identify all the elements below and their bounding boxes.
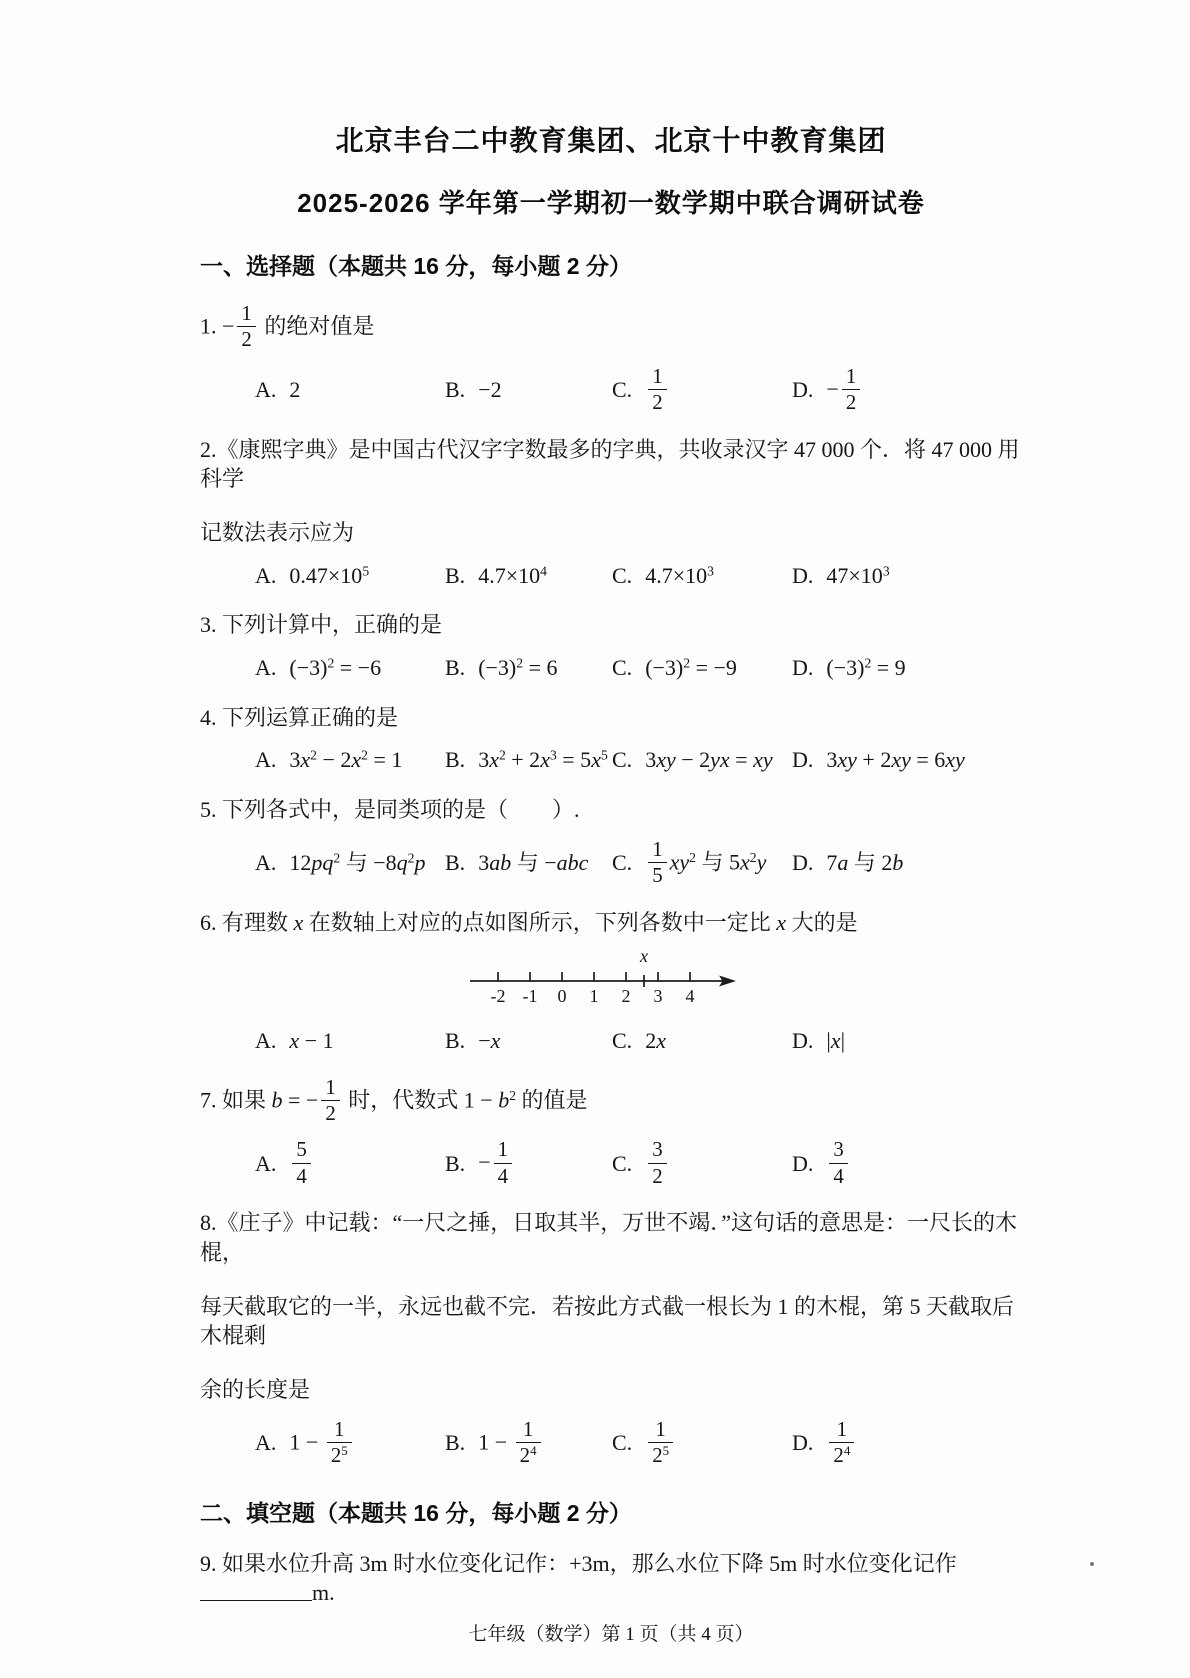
svg-text:-1: -1 <box>523 986 538 1005</box>
svg-text:1: 1 <box>590 986 599 1005</box>
question-4-stem: 4. 下列运算正确的是 <box>200 703 1022 733</box>
question-9: 9. 如果水位升高 3m 时水位变化记作：+3m，那么水位下降 5m 时水位变化… <box>200 1549 1022 1608</box>
svg-text:2: 2 <box>622 986 631 1005</box>
question-3-option-b: B.(−3)2 = 6 <box>445 653 612 683</box>
question-6-option-b: B.−x <box>445 1026 612 1056</box>
question-5-option-d: D.7a 与 2b <box>792 848 1022 878</box>
question-4-option-b: B.3x2 + 2x3 = 5x5 <box>445 745 612 775</box>
question-4-options: A.3x2 − 2x2 = 1 B.3x2 + 2x3 = 5x5 C.3xy … <box>255 745 1022 775</box>
question-1-option-a: A.2 <box>255 375 445 405</box>
question-8-option-c: C.125 <box>612 1418 792 1468</box>
question-7-stem: 7. 如果 b = −12 时，代数式 1 − b2 的值是 <box>200 1076 1022 1126</box>
question-4-option-a: A.3x2 − 2x2 = 1 <box>255 745 445 775</box>
question-2-stem-line2: 记数法表示应为 <box>200 518 1022 548</box>
question-8-option-a: A.1 − 125 <box>255 1418 445 1468</box>
question-6-option-c: C.2x <box>612 1026 792 1056</box>
question-2: 2.《康熙字典》是中国古代汉字字数最多的字典，共收录汉字 47 000 个．将 … <box>200 435 1022 591</box>
page-footer: 七年级（数学）第 1 页（共 4 页） <box>200 1622 1022 1648</box>
question-3-option-a: A.(−3)2 = −6 <box>255 653 445 683</box>
question-9-stem: 9. 如果水位升高 3m 时水位变化记作：+3m，那么水位下降 5m 时水位变化… <box>200 1549 1022 1608</box>
svg-text:-2: -2 <box>491 986 506 1005</box>
question-1-stem: 1. −12 的绝对值是 <box>200 302 1022 352</box>
question-6-option-a: A.x − 1 <box>255 1026 445 1056</box>
number-line-ticks <box>498 972 690 987</box>
question-5-option-c: C.15xy2 与 5x2y <box>612 838 792 888</box>
question-8: 8.《庄子》中记载：“一尺之捶，日取其半，万世不竭．”这句话的意思是：一尺长的木… <box>200 1208 1022 1467</box>
question-3-option-d: D.(−3)2 = 9 <box>792 653 1022 683</box>
svg-text:3: 3 <box>654 986 663 1005</box>
question-3: 3. 下列计算中，正确的是 A.(−3)2 = −6 B.(−3)2 = 6 C… <box>200 610 1022 682</box>
question-4-option-c: C.3xy − 2yx = xy <box>612 745 792 775</box>
question-8-stem-line3: 余的长度是 <box>200 1375 1022 1405</box>
question-8-option-d: D.124 <box>792 1418 1022 1468</box>
question-3-option-c: C.(−3)2 = −9 <box>612 653 792 683</box>
question-1-options: A.2 B.−2 C.12 D.−12 <box>255 365 1022 415</box>
question-1-option-c: C.12 <box>612 365 792 415</box>
question-3-options: A.(−3)2 = −6 B.(−3)2 = 6 C.(−3)2 = −9 D.… <box>255 653 1022 683</box>
question-2-options: A.0.47×105 B.4.7×104 C.4.7×103 D.47×103 <box>255 561 1022 591</box>
question-6-options: A.x − 1 B.−x C.2x D.|x| <box>255 1026 1022 1056</box>
question-5-option-b: B.3ab 与 −abc <box>445 848 612 878</box>
point-x-label: x <box>639 947 648 966</box>
question-7-option-c: C.32 <box>612 1138 792 1188</box>
question-5-option-a: A.12pq2 与 −8q2p <box>255 848 445 878</box>
question-5-stem: 5. 下列各式中，是同类项的是（ ）. <box>200 795 1022 825</box>
question-2-option-b: B.4.7×104 <box>445 561 612 591</box>
question-4-option-d: D.3xy + 2xy = 6xy <box>792 745 1022 775</box>
question-1: 1. −12 的绝对值是 A.2 B.−2 C.12 D.−12 <box>200 302 1022 415</box>
question-2-stem-line1: 2.《康熙字典》是中国古代汉字字数最多的字典，共收录汉字 47 000 个．将 … <box>200 435 1022 494</box>
question-7: 7. 如果 b = −12 时，代数式 1 − b2 的值是 A.54 B.−1… <box>200 1076 1022 1189</box>
question-4: 4. 下列运算正确的是 A.3x2 − 2x2 = 1 B.3x2 + 2x3 … <box>200 703 1022 775</box>
question-1-option-d: D.−12 <box>792 365 1022 415</box>
section-choice-heading: 一、选择题（本题共 16 分，每小题 2 分） <box>200 251 1022 282</box>
question-6-stem: 6. 有理数 x 在数轴上对应的点如图所示，下列各数中一定比 x 大的是 <box>200 908 1022 938</box>
question-5: 5. 下列各式中，是同类项的是（ ）. A.12pq2 与 −8q2p B.3a… <box>200 795 1022 888</box>
page-title: 北京丰台二中教育集团、北京十中教育集团 <box>200 122 1022 160</box>
exam-subtitle: 2025-2026 学年第一学期初一数学期中联合调研试卷 <box>200 186 1022 221</box>
scan-artifact-dot <box>1090 1562 1094 1566</box>
question-8-options: A.1 − 125 B.1 − 124 C.125 D.124 <box>255 1418 1022 1468</box>
number-line-axis <box>470 976 736 987</box>
number-line-figure: -2 -1 0 1 2 3 4 x <box>468 947 740 1005</box>
question-6: 6. 有理数 x 在数轴上对应的点如图所示，下列各数中一定比 x 大的是 -2 … <box>200 908 1022 1056</box>
question-2-option-c: C.4.7×103 <box>612 561 792 591</box>
question-8-option-b: B.1 − 124 <box>445 1418 612 1468</box>
exam-page: 北京丰台二中教育集团、北京十中教育集团 2025-2026 学年第一学期初一数学… <box>0 0 1190 1678</box>
question-7-option-d: D.34 <box>792 1138 1022 1188</box>
question-3-stem: 3. 下列计算中，正确的是 <box>200 610 1022 640</box>
question-7-option-b: B.−14 <box>445 1138 612 1188</box>
svg-text:0: 0 <box>558 986 567 1005</box>
question-7-option-a: A.54 <box>255 1138 445 1188</box>
question-8-stem-line2: 每天截取它的一半，永远也截不完．若按此方式截一根长为 1 的木棍，第 5 天截取… <box>200 1292 1022 1351</box>
question-7-options: A.54 B.−14 C.32 D.34 <box>255 1138 1022 1188</box>
question-8-stem-line1: 8.《庄子》中记载：“一尺之捶，日取其半，万世不竭．”这句话的意思是：一尺长的木… <box>200 1208 1022 1267</box>
number-line-labels: -2 -1 0 1 2 3 4 x <box>491 947 695 1005</box>
question-5-options: A.12pq2 与 −8q2p B.3ab 与 −abc C.15xy2 与 5… <box>255 838 1022 888</box>
section-blank-heading: 二、填空题（本题共 16 分，每小题 2 分） <box>200 1498 1022 1529</box>
svg-text:4: 4 <box>686 986 695 1005</box>
question-2-option-d: D.47×103 <box>792 561 1022 591</box>
question-1-option-b: B.−2 <box>445 375 612 405</box>
question-2-option-a: A.0.47×105 <box>255 561 445 591</box>
question-6-option-d: D.|x| <box>792 1026 1022 1056</box>
